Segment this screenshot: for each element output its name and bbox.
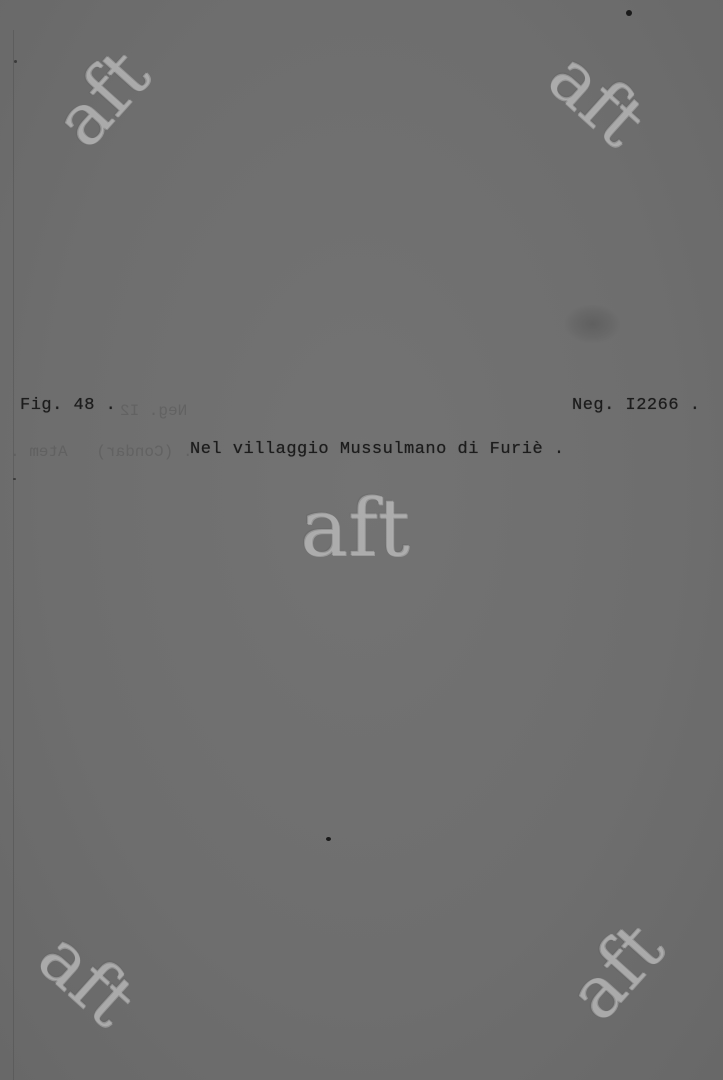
scanned-page: Neg. I2 . (Condar) Atem . Fig. 48 . Neg.… bbox=[0, 0, 723, 1080]
margin-line bbox=[13, 30, 14, 1080]
watermark-bottom-left: aft bbox=[27, 918, 148, 1037]
figure-label: Fig. 48 . bbox=[20, 396, 116, 415]
ink-speck bbox=[13, 478, 16, 480]
watermark-bottom-right: aft bbox=[556, 910, 675, 1031]
ink-speck bbox=[14, 60, 17, 63]
watermark-top-left: aft bbox=[42, 37, 161, 158]
watermark-center: aft bbox=[300, 488, 409, 568]
bleed-through-text: . (Condar) Atem . bbox=[10, 443, 192, 461]
caption: Nel villaggio Mussulmano di Furiè . bbox=[190, 440, 565, 459]
bleed-through-text: Neg. I2 bbox=[120, 402, 187, 420]
watermark-top-right: aft bbox=[537, 38, 658, 157]
paper-smudge bbox=[565, 305, 620, 343]
negative-number: Neg. I2266 . bbox=[572, 396, 700, 415]
ink-speck bbox=[326, 837, 331, 841]
ink-speck bbox=[626, 10, 632, 16]
